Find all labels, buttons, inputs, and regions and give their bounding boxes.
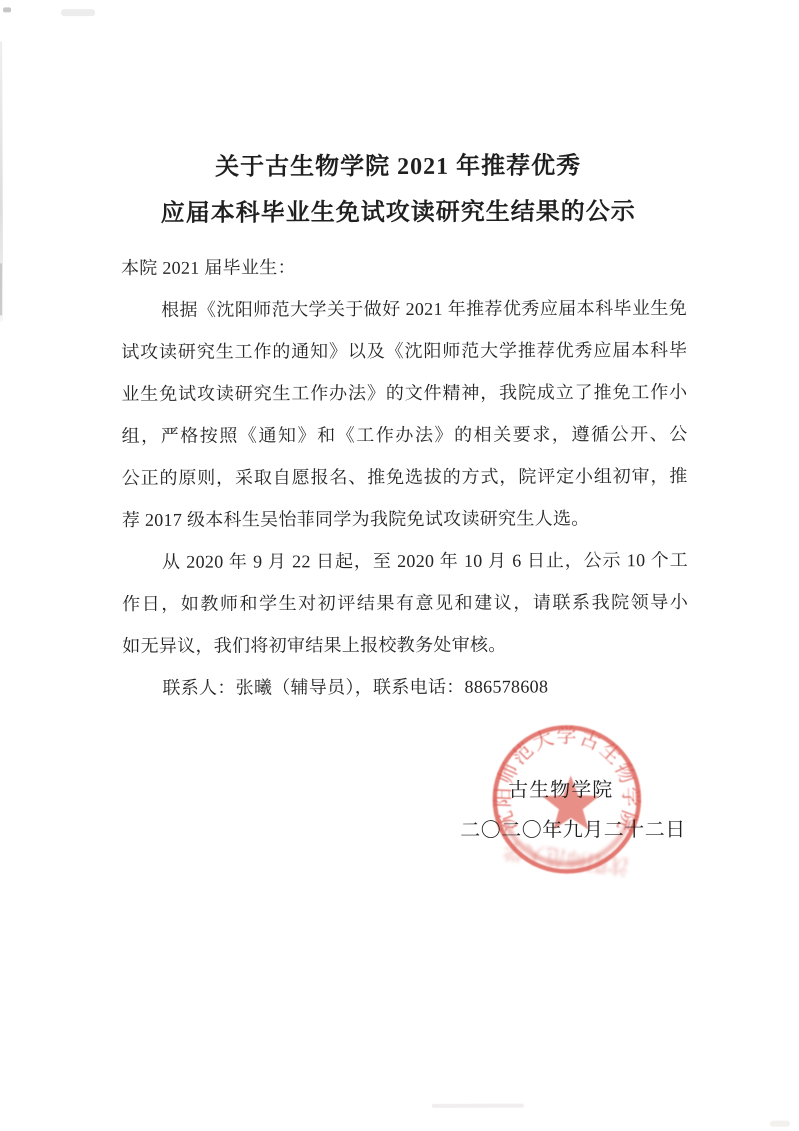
scan-speck <box>61 9 95 16</box>
contact-line: 联系人：张曦（辅导员），联系电话：886578608 <box>122 665 688 709</box>
scan-speck <box>3 7 11 12</box>
notice-document: 关于古生物学院 2021 年推荐优秀 应届本科毕业生免试攻读研究生结果的公示 本… <box>0 0 799 1131</box>
document-content: 关于古生物学院 2021 年推荐优秀 应届本科毕业生免试攻读研究生结果的公示 本… <box>0 0 799 1131</box>
scan-edge-mark <box>0 263 2 315</box>
scan-speck <box>770 1121 790 1127</box>
document-body: 本院 2021 届毕业生： 根据《沈阳师范大学关于做好 2021 年推荐优秀应届… <box>121 245 689 709</box>
body-line: 试攻读研究生工作的通知》以及《沈阳师范大学推荐优秀应届本科毕 <box>121 329 687 373</box>
body-line: 业生免试攻读研究生工作办法》的文件精神，我院成立了推免工作小 <box>121 371 687 415</box>
salutation-line: 本院 2021 届毕业生： <box>121 245 687 289</box>
signature-date: 二〇二〇年九月二十二日 <box>457 813 689 843</box>
body-line: 荐 2017 级本科生吴怡菲同学为我院免试攻读研究生人选。 <box>122 497 688 541</box>
document-title-line-1: 关于古生物学院 2021 年推荐优秀 <box>0 145 798 183</box>
body-line: 作日，如教师和学生对初评结果有意见和建议，请联系我院领导小组。 <box>122 581 688 625</box>
body-line: 组，严格按照《通知》和《工作办法》的相关要求，遵循公开、公平、 <box>121 413 687 457</box>
body-line: 根据《沈阳师范大学关于做好 2021 年推荐优秀应届本科毕业生免 <box>121 287 687 331</box>
body-line: 如无异议，我们将初审结果上报校教务处审核。 <box>122 623 688 667</box>
scan-smudge <box>432 1104 524 1108</box>
signature-organization: 古生物学院 <box>461 773 661 803</box>
body-line: 从 2020 年 9 月 22 日起，至 2020 年 10 月 6 日止，公示… <box>122 539 688 583</box>
body-line: 公正的原则，采取自愿报名、推免选拔的方式，院评定小组初审，推 <box>122 455 688 499</box>
document-title-line-2: 应届本科毕业生免试攻读研究生结果的公示 <box>0 191 798 229</box>
